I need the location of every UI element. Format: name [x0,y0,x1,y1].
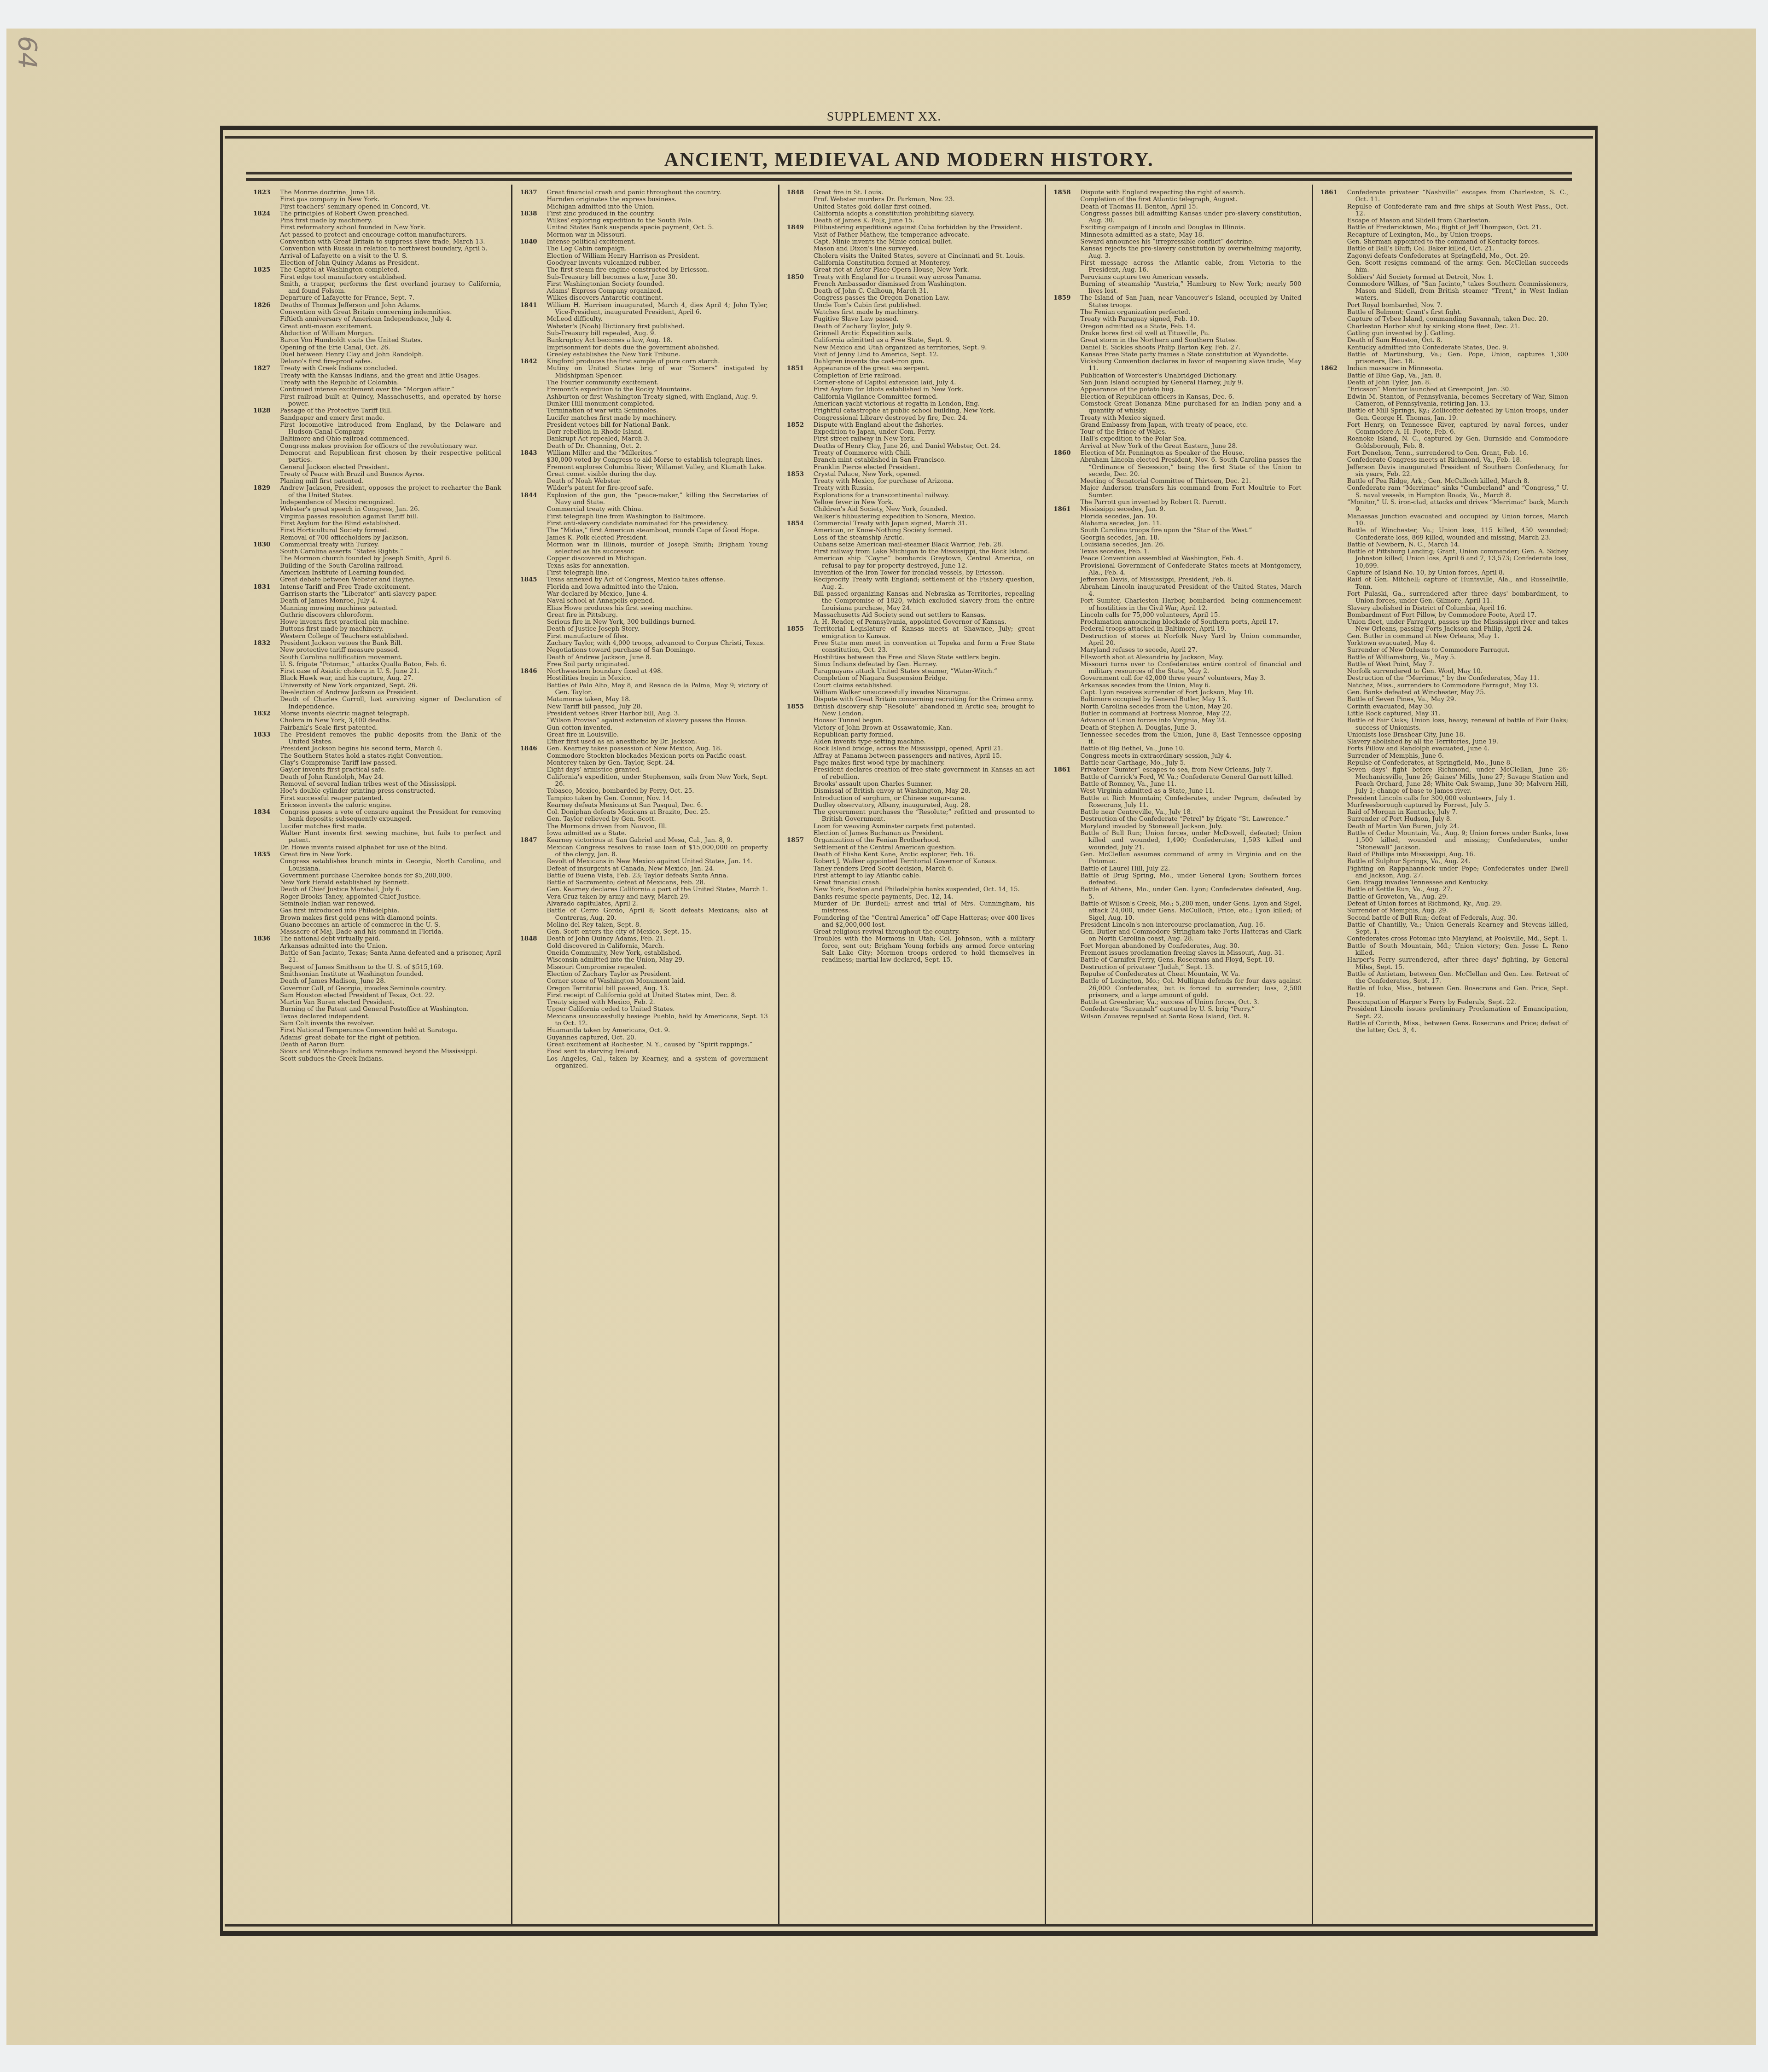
year-label: 1845 [520,576,547,668]
event-item: Robert J. Walker appointed Territorial G… [814,858,1035,865]
event-list: Intense Tariff and Free Trade excitement… [280,584,501,640]
event-item: Destruction of the Confederate “Petrel” … [1080,816,1301,823]
event-list: British discovery ship “Resolute” abando… [814,703,1035,837]
event-item: Vera Cruz taken by army and navy, March … [547,894,768,900]
event-item: Introduction of sorghum, or Chinese suga… [814,795,1035,802]
year-entry: 1857Organization of the Fenian Brotherho… [787,837,1035,963]
event-item: Kearney defeats Mexicans at San Pasqual,… [547,802,768,809]
event-item: Yorktown evacuated, May 4. [1347,640,1568,647]
event-item: Fremont's expedition to the Rocky Mounta… [547,386,768,393]
year-label: 1857 [787,837,814,963]
event-item: Deaths of Thomas Jefferson and John Adam… [280,302,501,309]
event-item: Burning of the Patent and General Postof… [280,1006,501,1013]
event-item: Grinnell Arctic Expedition sails. [814,330,1035,337]
event-item: Election of Mr. Pennington as Speaker of… [1080,450,1301,457]
event-item: Termination of war with Seminoles. [547,407,768,414]
event-item: First locomotive introduced from England… [280,422,501,436]
event-item: Sub-Treasury bill becomes a law, June 30… [547,274,768,281]
event-item: Dahlgren invents the cast-iron gun. [814,358,1035,365]
event-item: Free State men meet in convention at Top… [814,640,1035,654]
event-list: Dispute with England respecting the righ… [1080,189,1301,295]
event-item: Battle of Pea Ridge, Ark.; Gen. McCulloc… [1347,478,1568,485]
event-item: Bankruptcy Act becomes a law, Aug. 18. [547,337,768,344]
event-item: Escape of Mason and Slidell from Charles… [1347,217,1568,224]
event-item: Great storm in the Northern and Southern… [1080,337,1301,344]
event-list: Treaty with Creek Indians concluded.Trea… [280,365,501,407]
event-item: Ericsson invents the caloric engine. [280,802,501,809]
event-item: Battle of Sulphur Springs, Va., Aug. 24. [1347,858,1568,865]
event-item: Congress meets in extraordinary session,… [1080,753,1301,760]
timeline-column-2: 1837Great financial crash and panic thro… [512,185,779,1925]
event-item: Michigan admitted into the Union. [547,203,768,210]
event-item: Missouri turns over to Confederates enti… [1080,661,1301,675]
event-item: “Wilson Proviso” against extension of sl… [547,717,768,724]
event-item: Buttons first made by machinery. [280,626,501,633]
event-item: California Vigilance Committee formed. [814,394,1035,400]
event-item: “Monitor,” U. S. iron-clad, attacks and … [1347,499,1568,513]
event-item: Passage of the Protective Tariff Bill. [280,407,501,414]
event-item: Arrival of Lafayette on a visit to the U… [280,253,501,260]
event-item: President Lincoln issues preliminary Pro… [1347,1006,1568,1020]
event-item: Gen. Banks defeated at Winchester, May 2… [1347,689,1568,696]
year-entry: 1828Passage of the Protective Tariff Bil… [253,407,501,485]
year-label: 1829 [253,485,280,541]
event-item: Congress establishes branch mints in Geo… [280,858,501,872]
event-list: The Monroe doctrine, June 18.First gas c… [280,189,501,210]
event-item: University of New York organized, Sept. … [280,682,501,689]
event-item: Dispute with England about the fisheries… [814,422,1035,429]
year-entry: 1829Andrew Jackson, President, opposes t… [253,485,501,541]
event-item: Appearance of the potato bug. [1080,386,1301,393]
event-item: Fremont issues proclamation freeing slav… [1080,950,1301,957]
event-item: Baron Von Humboldt visits the United Sta… [280,337,501,344]
event-item: Commercial treaty with China. [547,506,768,513]
event-item: Battle of Iuka, Miss., between Gen. Rose… [1347,985,1568,999]
event-item: Walker's filibustering expedition to Son… [814,513,1035,520]
event-item: Death of Stephen A. Douglas, June 3. [1080,725,1301,731]
event-item: California adopts a constitution prohibi… [814,210,1035,217]
event-item: Intense Tariff and Free Trade excitement… [280,584,501,591]
event-item: Wilder's patent for fire-proof safe. [547,485,768,492]
event-item: Ellsworth shot at Alexandria by Jackson,… [1080,654,1301,661]
event-item: Capt. Lyon receives surrender of Fort Ja… [1080,689,1301,696]
event-item: President Lincoln calls for 300,000 volu… [1347,795,1568,802]
event-list: Crystal Palace, New York, opened.Treaty … [814,471,1035,520]
event-item: Confederate “Savannah” captured by U. S.… [1080,1006,1301,1013]
event-item: Election of James Buchanan as President. [814,830,1035,837]
event-item: Corner stone of Washington Monument laid… [547,978,768,985]
event-item: The first steam fire engine constructed … [547,267,768,273]
event-item: First successful reaper patented. [280,795,501,802]
event-item: New York, Boston and Philadelphia banks … [814,886,1035,893]
event-list: Confederate privateer “Nashville” escape… [1347,189,1568,365]
event-item: Election of Republican officers in Kansa… [1080,394,1301,400]
event-item: Alvarado capitulates, April 2. [547,900,768,907]
event-item: Prof. Webster murders Dr. Parkman, Nov. … [814,196,1035,203]
event-item: Treaty with the Kansas Indians, and the … [280,372,501,379]
event-item: Corner-stone of Capitol extension laid, … [814,379,1035,386]
event-item: Independence of Mexico recognized. [280,499,501,506]
event-list: Andrew Jackson, President, opposes the p… [280,485,501,541]
year-entry: 1823The Monroe doctrine, June 18.First g… [253,189,501,210]
event-item: Loss of the steamship Arctic. [814,534,1035,541]
event-item: Convention with Great Britain to suppres… [280,238,501,245]
event-item: Treaty with Mexico signed. [1080,415,1301,422]
event-item: Texas asks for annexation. [547,563,768,569]
timeline-column-3: 1848Great fire in St. Louis.Prof. Webste… [779,185,1046,1925]
event-list: Appearance of the great sea serpent.Comp… [814,365,1035,421]
event-item: Wisconsin admitted into the Union, May 2… [547,957,768,963]
handwritten-page-number: 64 [12,36,42,69]
event-item: Hoosac Tunnel begun. [814,717,1035,724]
event-item: Gayler invents first practical safe. [280,766,501,773]
year-entry: 1831Intense Tariff and Free Trade excite… [253,584,501,640]
event-item: Loom for weaving Axminster carpets first… [814,823,1035,830]
event-item: New Tariff bill passed, July 28. [547,703,768,710]
year-entry: 1854Commercial Treaty with Japan signed,… [787,520,1035,626]
event-item: Death of Charles Carroll, last surviving… [280,696,501,710]
event-item: Completion of Niagara Suspension Bridge. [814,675,1035,682]
event-item: Charleston Harbor shut by sinking stone … [1347,323,1568,330]
event-item: Continued intense excitement over the “M… [280,386,501,393]
event-item: Webster's great speech in Congress, Jan.… [280,506,501,513]
event-item: Bunker Hill monument completed. [547,400,768,407]
event-item: Los Angeles, Cal., taken by Kearney, and… [547,1056,768,1070]
event-list: Intense political excitement.The Log Cab… [547,238,768,302]
event-item: Surrender of Port Hudson, July 8. [1347,816,1568,823]
event-item: Great religious revival throughout the c… [814,929,1035,935]
event-item: Battle of Cedar Mountain, Va., Aug. 9; U… [1347,830,1568,851]
event-list: Morse invents electric magnet telegraph.… [280,710,501,731]
event-item: First gas company in New York. [280,196,501,203]
event-item: Wilson Zouaves repulsed at Santa Rosa Is… [1080,1013,1301,1020]
event-item: Raid of Gen. Mitchell; capture of Huntsv… [1347,576,1568,591]
year-label: 1836 [253,935,280,1062]
event-item: Tampico taken by Gen. Connor, Nov. 14. [547,795,768,802]
event-item: President Lincoln's non-intercourse proc… [1080,922,1301,929]
event-item: Republican party formed. [814,731,1035,738]
event-item: First edge tool manufactory established. [280,274,501,281]
event-item: Capt. Minie invents the Minie conical bu… [814,238,1035,245]
event-item: Dr. Howe invents raised alphabet for use… [280,844,501,851]
event-item: First street-railway in New York. [814,435,1035,442]
top-border-thin [225,136,1593,139]
event-item: Provisional Government of Confederate St… [1080,563,1301,577]
event-item: Re-election of Andrew Jackson as Preside… [280,689,501,696]
event-item: Lucifer matches first made by machinery. [547,415,768,422]
event-item: Burning of steamship “Austria,” Hamburg … [1080,281,1301,295]
event-list: Deaths of Thomas Jefferson and John Adam… [280,302,501,366]
event-item: Great comet visible during the day. [547,471,768,478]
event-item: First telegraph line. [547,569,768,576]
event-list: Commercial treaty with Turkey.South Caro… [280,541,501,584]
event-item: Massacre of Maj. Dade and his command in… [280,929,501,935]
event-item: Abduction of William Morgan. [280,330,501,337]
event-item: Commercial Treaty with Japan signed, Mar… [814,520,1035,527]
event-item: Soldiers' Aid Society formed at Detroit,… [1347,274,1568,281]
event-item: Baltimore occupied by General Butler, Ma… [1080,696,1301,703]
event-item: First Asylum for the Blind established. [280,520,501,527]
event-item: Delano's first fire-proof safes. [280,358,501,365]
year-entry: 1832President Jackson vetoes the Bank Bi… [253,640,501,710]
year-entry: 1860Election of Mr. Pennington as Speake… [1053,450,1301,506]
event-item: Gen. McClellan assumes command of army i… [1080,851,1301,865]
event-item: Hoe's double-cylinder printing-press con… [280,788,501,795]
event-item: Natchez, Miss., surrenders to Commodore … [1347,682,1568,689]
event-item: Treaty with Russia. [814,485,1035,492]
year-entry: 1855British discovery ship “Resolute” ab… [787,703,1035,837]
event-item: The government purchases the “Resolute;”… [814,809,1035,823]
event-item: Wilkes discovers Antarctic continent. [547,295,768,302]
event-item: Greeley establishes the New York Tribune… [547,351,768,358]
event-item: Webster's (Noah) Dictionary first publis… [547,323,768,330]
year-entry: 1847Kearney victorious at San Gabriel an… [520,837,768,935]
event-item: Democrat and Republican first chosen by … [280,450,501,464]
event-item: San Juan Island occupied by General Harn… [1080,379,1301,386]
event-item: Death of James K. Polk, June 15. [814,217,1035,224]
event-item: Death of Elisha Kent Kane, Arctic explor… [814,851,1035,858]
event-item: Congress passes bill admitting Kansas un… [1080,210,1301,225]
year-label: 1833 [253,731,280,809]
event-item: Gen. Scott resigns command of the army. … [1347,260,1568,274]
event-item: Kansas rejects the pro-slavery constitut… [1080,245,1301,260]
event-item: Howe invents first practical pin machine… [280,619,501,626]
event-item: Minnesota admitted as a state, May 18. [1080,232,1301,238]
event-item: Sandpaper and emery first made. [280,415,501,422]
event-item: Guano becomes an article of commerce in … [280,922,501,929]
event-item: Repulse of Confederate ram and five ship… [1347,203,1568,218]
event-item: Battle of Lexington, Mo.; Col. Mulligan … [1080,978,1301,999]
event-item: Seward announces his “irrepressible conf… [1080,238,1301,245]
event-item: Monterey taken by Gen. Taylor, Sept. 24. [547,760,768,766]
event-item: Treaty signed with Mexico, Feb. 2. [547,999,768,1006]
event-item: The principles of Robert Owen preached. [280,210,501,217]
year-entry: 1858Dispute with England respecting the … [1053,189,1301,295]
year-entry: 1845Texas annexed by Act of Congress, Me… [520,576,768,668]
year-entry: 1859The Island of San Juan, near Vancouv… [1053,295,1301,450]
year-label: 1855 [787,626,814,703]
event-item: Franklin Pierce elected President. [814,464,1035,471]
event-item: First teachers' seminary opened in Conco… [280,203,501,210]
event-item: Harnden originates the express business. [547,196,768,203]
year-label: 1840 [520,238,547,302]
event-item: Texas declared independent. [280,1013,501,1020]
year-entry: 1852Dispute with England about the fishe… [787,422,1035,471]
event-item: Hostilities begin in Mexico. [547,675,768,682]
event-item: Maryland invaded by Stonewall Jackson, J… [1080,823,1301,830]
event-item: Capture of Tybee Island, commanding Sava… [1347,316,1568,323]
event-list: Great fire in New York.Congress establis… [280,851,501,936]
event-item: Great fire in New York. [280,851,501,858]
event-item: Bankrupt Act repealed, March 3. [547,435,768,442]
event-item: Mutiny on United States brig of war “Som… [547,365,768,379]
event-item: Edwin M. Stanton, of Pennsylvania, becom… [1347,394,1568,408]
event-item: Page makes first wood type by machinery. [814,760,1035,766]
event-item: Surrender of New Orleans to Commodore Fa… [1347,647,1568,654]
event-item: Great excitement at Rochester, N. Y., ca… [547,1041,768,1048]
event-item: William Miller and the “Millerites.” [547,450,768,457]
event-item: Destruction of the “Merrimac,” by the Co… [1347,675,1568,682]
year-label: 1831 [253,584,280,640]
event-item: Visit of Father Mathew, the temperance a… [814,232,1035,238]
year-entry: 1843William Miller and the “Millerites.”… [520,450,768,492]
event-item: Battle of Romney, Va., June 11. [1080,781,1301,788]
year-entry: 1851Appearance of the great sea serpent.… [787,365,1035,421]
year-entry: 1841William H. Harrison inaugurated, Mar… [520,302,768,358]
top-border-thick [223,126,1595,130]
event-item: Eight days' armistice granted. [547,766,768,773]
event-item: Serious fire in New York, 300 buildings … [547,619,768,626]
event-item: Planing mill first patented. [280,478,501,485]
year-label: 1826 [253,302,280,366]
event-item: Texas annexed by Act of Congress, Mexico… [547,576,768,583]
event-item: Food sent to starving Ireland. [547,1048,768,1055]
event-item: Mexican Congress resolves to raise loan … [547,844,768,859]
event-item: Congressional Library destroyed by fire,… [814,415,1035,422]
event-item: Adams' great debate for the right of pet… [280,1034,501,1041]
event-item: Lucifer matches first made. [280,823,501,830]
event-item: Drake bores first oil well at Titusville… [1080,330,1301,337]
event-item: Mormon war in Illinois, murder of Joseph… [547,541,768,556]
event-item: $30,000 voted by Congress to aid Morse t… [547,457,768,464]
event-item: Copper discovered in Michigan. [547,555,768,562]
event-item: Yellow fever in New York. [814,499,1035,506]
event-item: Death of James Madison, June 28. [280,978,501,985]
event-item: Iowa admitted as a State. [547,830,768,837]
event-item: Indian massacre in Minnesota. [1347,365,1568,372]
event-item: Death of Justice Joseph Story. [547,626,768,633]
event-item: New York Herald established by Bennett. [280,879,501,886]
event-item: Convention with Great Britain concerning… [280,309,501,316]
event-item: Explosion of the gun, the “peace-maker,”… [547,492,768,506]
event-item: Congress passes the Oregon Donation Law. [814,295,1035,302]
event-item: Fighting on Rappahannock under Pope; Con… [1347,865,1568,880]
year-label: 1850 [787,274,814,366]
event-item: Lincoln calls for 75,000 volunteers, Apr… [1080,612,1301,619]
event-item: Watches first made by machinery. [814,309,1035,316]
year-label: 1827 [253,365,280,407]
event-item: Death of Dr. Channing, Oct. 2. [547,443,768,450]
event-item: Northwestern boundary fixed at 498. [547,668,768,675]
event-item: Oneida Community, New York, established. [547,950,768,957]
event-item: Battle of Newbern, N. C., March 14. [1347,541,1568,548]
event-item: Battle of San Jacinto, Texas; Santa Anna… [280,950,501,964]
event-item: Harper's Ferry surrendered, after three … [1347,957,1568,971]
event-item: Great riot at Astor Place Opera House, N… [814,267,1035,273]
event-item: War declared by Mexico, June 4. [547,591,768,598]
event-list: William Miller and the “Millerites.”$30,… [547,450,768,492]
event-item: Huamantla taken by Americans, Oct. 9. [547,1027,768,1034]
event-item: Death of Sam Houston, Oct. 8. [1347,337,1568,344]
event-item: Guthrie discovers chloroform. [280,612,501,619]
event-item: Morse invents electric magnet telegraph. [280,710,501,717]
year-label: 1862 [1320,365,1347,1034]
event-item: Naval school at Annapolis opened. [547,598,768,604]
event-item: Corinth evacuated, May 30. [1347,703,1568,710]
event-item: Treaty with the Republic of Colombia. [280,379,501,386]
event-item: Fremont explores Columbia River, Willame… [547,464,768,471]
year-label: 1852 [787,422,814,471]
event-item: Completion of the first Atlantic telegra… [1080,196,1301,203]
event-item: The Monroe doctrine, June 18. [280,189,501,196]
event-item: Florida and Iowa admitted into the Union… [547,584,768,591]
event-list: William H. Harrison inaugurated, March 4… [547,302,768,358]
year-entry: 1825The Capitol at Washington completed.… [253,267,501,302]
event-item: Col. Doniphan defeats Mexicans at Brazit… [547,809,768,816]
year-entry: 1826Deaths of Thomas Jefferson and John … [253,302,501,366]
event-item: Molino del Rey taken, Sept. 8. [547,922,768,929]
year-label: 1848 [520,935,547,1069]
event-list: Organization of the Fenian Brotherhood.S… [814,837,1035,963]
event-item: Western College of Teachers established. [280,633,501,640]
event-item: Convention with Russia in relation to no… [280,245,501,252]
event-item: California Constitution formed at Monter… [814,260,1035,267]
event-item: Comstock Great Bonanza Mine purchased fo… [1080,400,1301,415]
event-item: Oregon Territorial bill passed, Aug. 13. [547,985,768,992]
event-item: The Fourier community excitement. [547,379,768,386]
event-item: Commodore Wilkes, of “San Jacinto,” take… [1347,281,1568,302]
event-list: Explosion of the gun, the “peace-maker,”… [547,492,768,577]
event-item: Court claims established. [814,682,1035,689]
year-label: 1834 [253,809,280,851]
event-item: Territorial Legislature of Kansas meets … [814,626,1035,640]
event-item: Roger Brooks Taney, appointed Chief Just… [280,894,501,900]
event-item: Peruvians capture two American vessels. [1080,274,1301,281]
event-item: South Carolina nullification movement. [280,654,501,661]
event-item: Departure of Lafayette for France, Sept.… [280,295,501,302]
event-item: Banks resume specie payments, Dec. 12, 1… [814,894,1035,900]
event-item: Battle at Rich Mountain; Confederates, u… [1080,795,1301,809]
event-item: Election of Zachary Taylor as President. [547,971,768,978]
event-item: Fort Pulaski, Ga., surrendered after thr… [1347,591,1568,605]
event-item: Death of Chief Justice Marshall, July 6. [280,886,501,893]
event-item: American yacht victorious at regatta in … [814,400,1035,407]
event-item: Governor Call, of Georgia, invades Semin… [280,985,501,992]
event-item: Andrew Jackson, President, opposes the p… [280,485,501,499]
title-rule-1 [246,172,1572,174]
year-label: 1851 [787,365,814,421]
event-list: The Capitol at Washington completed.Firs… [280,267,501,302]
event-item: Negotiations toward purchase of San Domi… [547,647,768,654]
event-item: Fairbank's Scale first patented. [280,725,501,731]
event-item: Garrison starts the “Liberator” anti-sla… [280,591,501,598]
event-item: Revolt of Mexicans in New Mexico against… [547,858,768,865]
event-item: President Jackson begins his second term… [280,745,501,752]
event-item: The Capitol at Washington completed. [280,267,501,273]
event-list: Kearney victorious at San Gabriel and Me… [547,837,768,935]
event-item: Surrender of Memphis, Aug. 29. [1347,907,1568,914]
event-item: Death of Thomas H. Benton, April 15. [1080,203,1301,210]
year-entry: 1848Death of John Quincy Adams, Feb. 21.… [520,935,768,1069]
event-item: Gas first introduced into Philadelphia. [280,907,501,914]
event-item: Tennessee secedes from the Union, June 8… [1080,731,1301,746]
event-item: Arrival at New York of the Great Eastern… [1080,443,1301,450]
event-item: The Southern States hold a states-right … [280,753,501,760]
event-item: First Washingtonian Society founded. [547,281,768,288]
event-item: Norfolk surrendered to Gen. Wool, May 10… [1347,668,1568,675]
event-item: Fort Sumter, Charleston Harbor, bombarde… [1080,598,1301,612]
event-item: Seven days' fight before Richmond, under… [1347,766,1568,795]
event-item: General Jackson elected President. [280,464,501,471]
year-label: 1843 [520,450,547,492]
year-label: 1842 [520,358,547,450]
year-label: 1846 [520,668,547,745]
event-item: Hall's expedition to the Polar Sea. [1080,435,1301,442]
event-item: Battle of Cerro Gordo, April 8; Scott de… [547,907,768,922]
event-item: Battle of Williamsburg, Va., May 5. [1347,654,1568,661]
event-item: Baltimore and Ohio railroad commenced. [280,435,501,442]
event-item: Cholera in New York, 3,400 deaths. [280,717,501,724]
